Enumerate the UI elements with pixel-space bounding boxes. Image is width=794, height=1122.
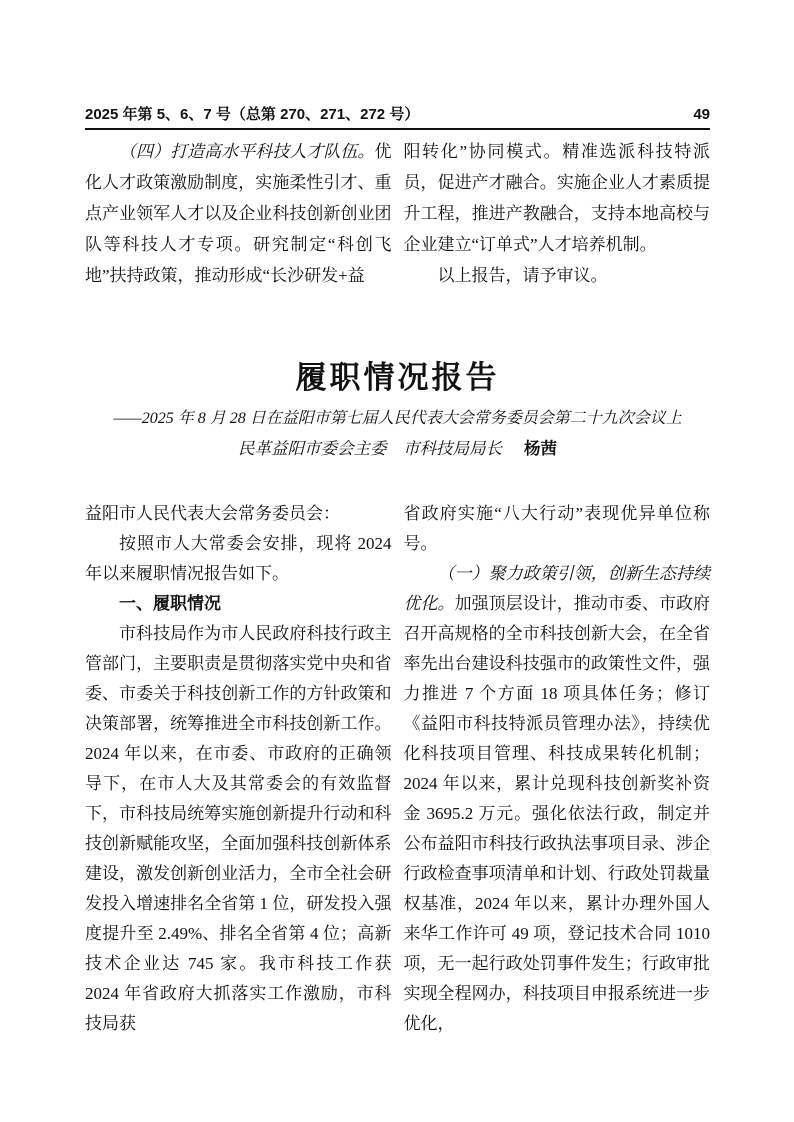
paragraph: （一）聚力政策引领，创新生态持续优化。加强顶层设计，推动市委、市政府召开高规格的… xyxy=(404,559,711,1039)
top-right-column: 阳转化”协同模式。精准选派科技特派员，促进产才融合。实施企业人才素质提升工程，推… xyxy=(404,136,711,291)
byline-name: 杨茜 xyxy=(524,440,557,458)
report-body: 益阳市人民代表大会常务委员会： 按照市人大常委会安排，现将 2024 年以来履职… xyxy=(85,499,710,1039)
section-heading: 一、履职情况 xyxy=(85,589,392,619)
paragraph: 按照市人大常委会安排，现将 2024 年以来履职情况报告如下。 xyxy=(85,529,392,589)
top-left-column: （四）打造高水平科技人才队伍。优化人才政策激励制度，实施柔性引才、重点产业领军人… xyxy=(85,136,392,291)
paragraph-text: 加强顶层设计，推动市委、市政府召开高规格的全市科技创新大会，在全省率先出台建设科… xyxy=(404,594,711,1033)
issue-info: 2025 年第 5、6、7 号（总第 270、271、272 号） xyxy=(85,106,419,123)
continued-article-section: （四）打造高水平科技人才队伍。优化人才政策激励制度，实施柔性引才、重点产业领军人… xyxy=(85,136,710,291)
salutation: 益阳市人民代表大会常务委员会： xyxy=(85,499,392,529)
report-subtitle: ——2025 年 8 月 28 日在益阳市第七届人民代表大会常务委员会第二十九次… xyxy=(85,408,710,430)
body-left-column: 益阳市人民代表大会常务委员会： 按照市人大常委会安排，现将 2024 年以来履职… xyxy=(85,499,392,1039)
closing-line: 以上报告，请予审议。 xyxy=(404,260,711,291)
paragraph: 省政府实施“八大行动”表现优异单位称号。 xyxy=(404,499,711,559)
paragraph: （四）打造高水平科技人才队伍。优化人才政策激励制度，实施柔性引才、重点产业领军人… xyxy=(85,136,392,291)
title-block: 履职情况报告 ——2025 年 8 月 28 日在益阳市第七届人民代表大会常务委… xyxy=(85,357,710,461)
paragraph-lead: （四）打造高水平科技人才队伍。 xyxy=(119,142,375,161)
paragraph: 阳转化”协同模式。精准选派科技特派员，促进产才融合。实施企业人才素质提升工程，推… xyxy=(404,136,711,260)
byline-role: 民革益阳市委会主委 市科技局局长 xyxy=(238,439,502,458)
report-title: 履职情况报告 xyxy=(85,357,710,399)
document-page: 2025 年第 5、6、7 号（总第 270、271、272 号） 49 （四）… xyxy=(0,0,794,1122)
page-number: 49 xyxy=(693,106,710,123)
report-byline: 民革益阳市委会主委 市科技局局长杨茜 xyxy=(85,437,710,461)
body-right-column: 省政府实施“八大行动”表现优异单位称号。 （一）聚力政策引领，创新生态持续优化。… xyxy=(404,499,711,1039)
paragraph-text: 优化人才政策激励制度，实施柔性引才、重点产业领军人才以及企业科技创新创业团队等科… xyxy=(85,142,392,285)
page-header: 2025 年第 5、6、7 号（总第 270、271、272 号） 49 xyxy=(85,106,710,130)
paragraph: 市科技局作为市人民政府科技行政主管部门，主要职责是贯彻落实党中央和省委、市委关于… xyxy=(85,619,392,1039)
